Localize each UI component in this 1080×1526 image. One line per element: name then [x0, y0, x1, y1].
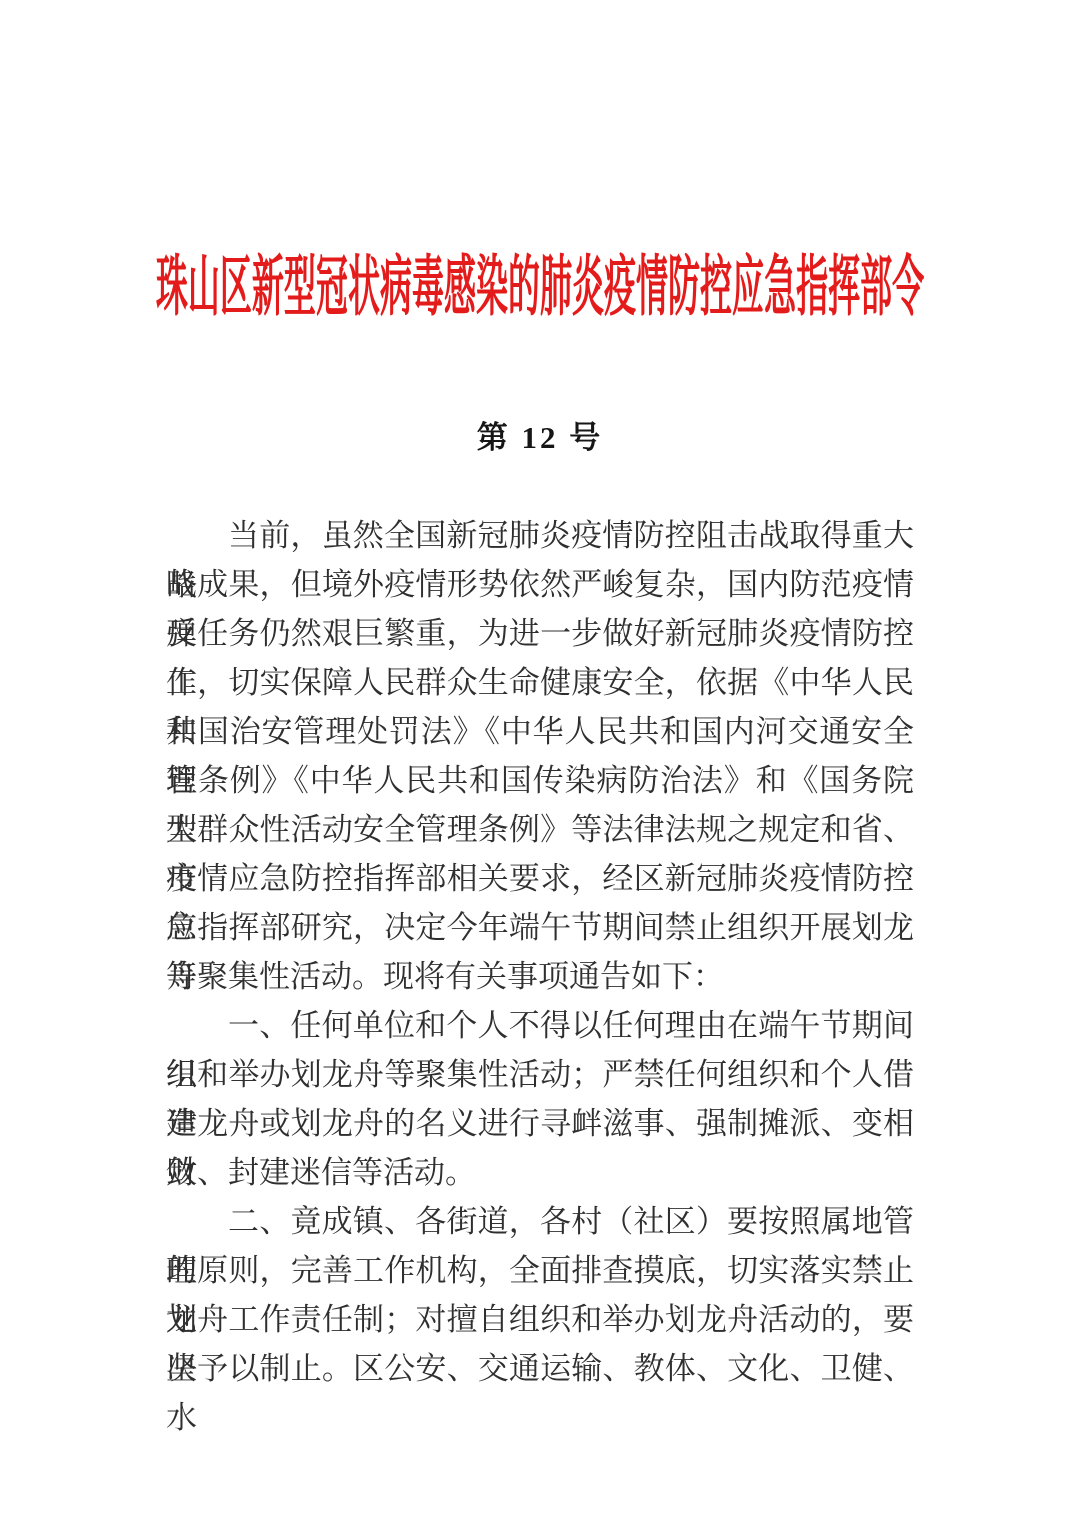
document-title: 珠山区新型冠状病毒感染的肺炎疫情防控应急指挥部令	[156, 252, 924, 322]
body-line: 财、封建迷信等活动。	[166, 1148, 914, 1197]
document-page: 珠山区新型冠状病毒感染的肺炎疫情防控应急指挥部令 第 12 号 当前，虽然全国新…	[0, 0, 1080, 1526]
body-line: 一、任何单位和个人不得以任何理由在端午节期间组	[166, 1001, 914, 1050]
body-line: 急指挥部研究，决定今年端午节期间禁止组织开展划龙舟	[166, 903, 914, 952]
document-title-row: 珠山区新型冠状病毒感染的肺炎疫情防控应急指挥部令	[0, 252, 1080, 322]
body-line: 疫情应急防控指挥部相关要求，经区新冠肺炎疫情防控应	[166, 854, 914, 903]
body-line: 造龙舟或划龙舟的名义进行寻衅滋事、强制摊派、变相敛	[166, 1099, 914, 1148]
body-line: 二、竟成镇、各街道，各村（社区）要按照属地管理	[166, 1197, 914, 1246]
body-line: 作，切实保障人民群众生命健康安全，依据《中华人民共	[166, 658, 914, 707]
body-line: 的原则，完善工作机构，全面排查摸底，切实落实禁止划	[166, 1246, 914, 1295]
body-line: 型群众性活动安全管理条例》等法律法规之规定和省、市	[166, 805, 914, 854]
body-line: 和国治安管理处罚法》《中华人民共和国内河交通安全管	[166, 707, 914, 756]
body-line: 等聚集性活动。现将有关事项通告如下：	[166, 952, 914, 1001]
document-number: 第 12 号	[0, 418, 1080, 458]
body-line: 决予以制止。区公安、交通运输、教体、文化、卫健、水	[166, 1344, 914, 1393]
body-line: 龙舟工作责任制；对擅自组织和举办划龙舟活动的，要坚	[166, 1295, 914, 1344]
body-line: 弹任务仍然艰巨繁重，为进一步做好新冠肺炎疫情防控工	[166, 609, 914, 658]
body-line: 织和举办划龙舟等聚集性活动；严禁任何组织和个人借建	[166, 1050, 914, 1099]
body-line: 当前，虽然全国新冠肺炎疫情防控阻击战取得重大战	[166, 511, 914, 560]
body-line: 理条例》《中华人民共和国传染病防治法》和《国务院大	[166, 756, 914, 805]
document-body: 当前，虽然全国新冠肺炎疫情防控阻击战取得重大战略成果，但境外疫情形势依然严峻复杂…	[166, 511, 914, 1393]
body-line: 略成果，但境外疫情形势依然严峻复杂，国内防范疫情反	[166, 560, 914, 609]
